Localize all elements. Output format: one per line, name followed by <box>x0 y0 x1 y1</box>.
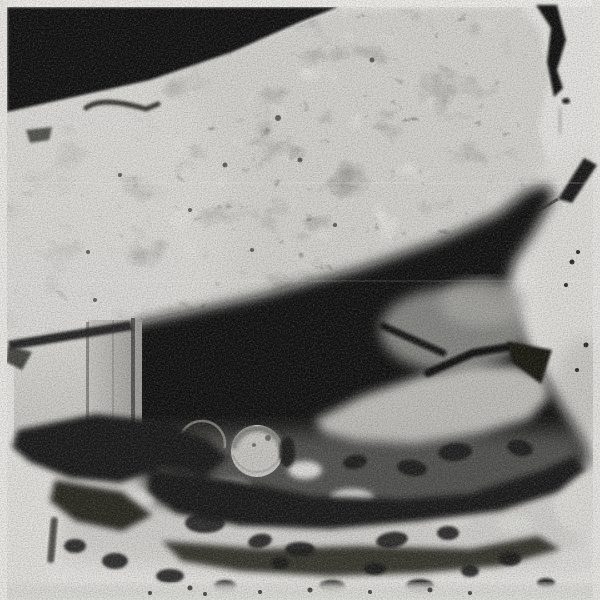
film-grain <box>0 0 600 600</box>
photograph: black-and-white photograph <box>0 0 600 600</box>
photograph-svg: black-and-white photograph <box>0 0 600 600</box>
